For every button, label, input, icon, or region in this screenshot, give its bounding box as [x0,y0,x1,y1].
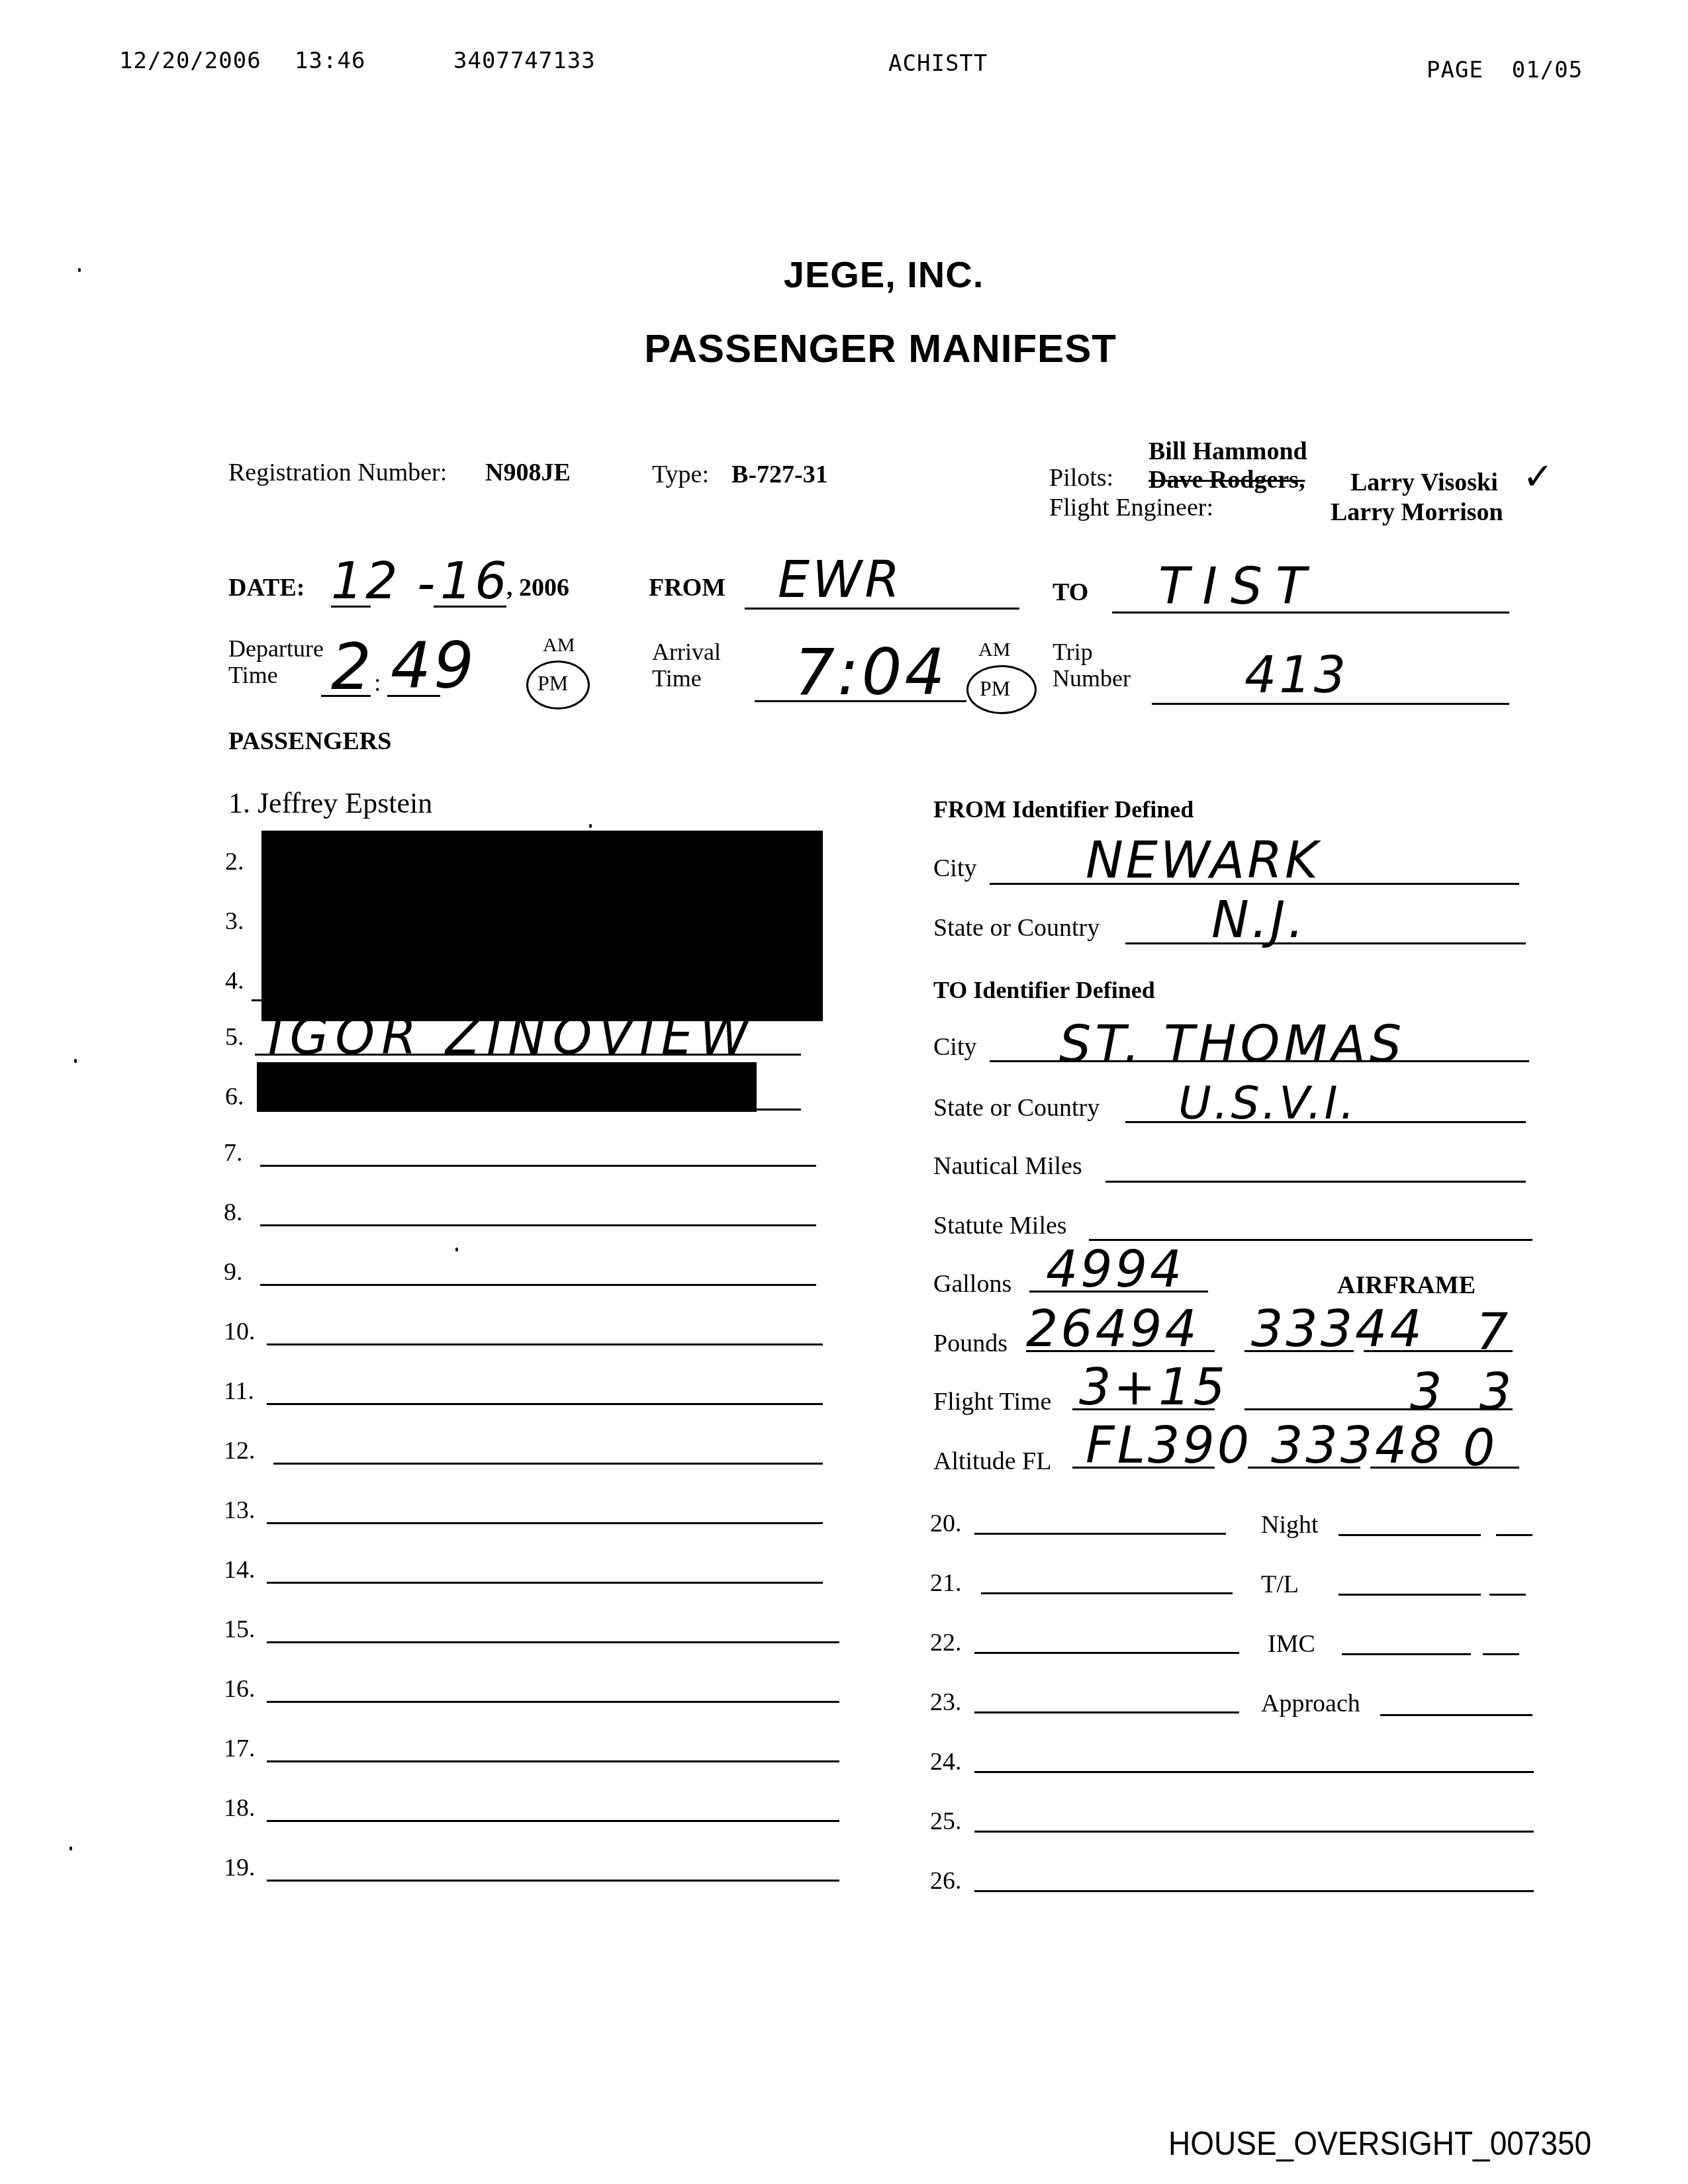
company-name: JEGE, INC. [0,253,1688,296]
passenger-line[interactable] [260,1165,816,1167]
to-city-label: City [933,1032,976,1062]
altitude-label: Altitude FL [933,1447,1051,1476]
from-state-label: State or Country [933,913,1100,942]
fax-header-sender: ACHISTT [888,50,988,77]
departure-min: 49 [391,634,477,698]
document-title: PASSENGER MANIFEST [0,326,1688,371]
airframe-start-tenth: 7 [1476,1307,1511,1357]
check-mark-icon: ✓ [1523,455,1554,498]
passenger-line[interactable] [260,1284,816,1286]
fax-header-page: PAGE 01/05 [1427,57,1583,83]
airframe-time-tenth: 3 [1479,1367,1514,1417]
passenger-line[interactable] [260,1224,816,1226]
passenger-num-25: 25. [930,1807,962,1836]
to-state-label: State or Country [933,1093,1100,1122]
airframe-end-whole: 33348 [1271,1420,1444,1471]
passenger-row-11: 11. [224,1377,820,1436]
fax-header-phone: 3407747133 [453,48,596,74]
fax-header-time: 13:46 [295,48,365,74]
passenger-line-24[interactable] [974,1771,1534,1773]
date-day-value: 16 [440,556,510,606]
passenger-line-6 [757,1109,801,1111]
passenger-num-20: 20. [930,1509,962,1538]
approach-line[interactable] [1380,1714,1532,1716]
to-label: TO [1053,578,1088,607]
trip-label: Trip Number [1053,639,1131,692]
passenger-num-21: 21. [930,1569,962,1598]
arrival-value: 7:04 [794,641,948,704]
trip-value: 413 [1244,650,1348,700]
nautical-miles-label: Nautical Miles [933,1152,1082,1181]
airframe-time-line [1244,1408,1513,1410]
flight-engineer-label: Flight Engineer: [1049,493,1213,522]
passenger-list-left: 7. 8. 9. 10. 11. 12. 13. 14. 15. 16. 17.… [224,1138,820,1913]
to-identifier-heading: TO Identifier Defined [933,976,1155,1004]
departure-label: Departure Time [228,635,324,688]
passenger-num-26: 26. [930,1866,962,1895]
passenger-line[interactable] [267,1760,839,1762]
passenger-row-7: 7. [224,1138,820,1198]
date-month-value: 12 [331,556,400,606]
passenger-num-24: 24. [930,1747,962,1776]
passenger-line[interactable] [267,1522,823,1524]
imc-line[interactable] [1342,1653,1471,1655]
pilot-struck: Dave Rodgers, [1149,465,1305,494]
passenger-row-17: 17. [224,1734,820,1794]
statute-miles-label: Statute Miles [933,1211,1067,1240]
passenger-name: Jeffrey Epstein [258,787,432,819]
trip-label-line1: Trip [1053,639,1131,665]
arrival-label-line2: Time [652,665,721,692]
passenger-num-3: 3. [225,907,244,936]
passenger-row-1: 1. Jeffrey Epstein [228,786,432,820]
nautical-miles-line[interactable] [1105,1181,1526,1183]
night-label: Night [1261,1510,1319,1539]
passenger-num-2: 2. [225,847,244,876]
passenger-num-4: 4. [225,966,244,995]
scan-speck [74,1059,77,1063]
to-value: TIST [1158,561,1320,612]
scan-speck [589,824,592,828]
arrival-am[interactable]: AM [978,639,1010,661]
pilot-added: Bill Hammond [1149,437,1307,466]
pounds-value: 26494 [1026,1304,1199,1354]
passenger-row-9: 9. [224,1257,820,1317]
scan-speck [70,1846,72,1850]
gallons-value: 4994 [1046,1244,1184,1295]
type-label: Type: [652,460,709,489]
scan-speck [78,268,81,272]
passenger-line[interactable] [267,1701,839,1703]
passenger-name-5: IGOR ZINOVIEW [268,1011,756,1062]
airframe-end-tenth: 0 [1463,1423,1497,1473]
passenger-line[interactable] [267,1820,839,1822]
flight-time-label: Flight Time [933,1387,1051,1416]
trip-label-line2: Number [1053,665,1131,692]
passenger-line[interactable] [267,1880,839,1882]
pounds-label: Pounds [933,1329,1008,1358]
passenger-line-25[interactable] [974,1831,1534,1833]
airframe-start-whole: 33344 [1251,1304,1425,1354]
departure-label-line2: Time [228,662,324,688]
tl-tenth-line[interactable] [1489,1594,1526,1596]
registration-label: Registration Number: [228,458,447,487]
gallons-label: Gallons [933,1269,1011,1298]
passenger-line-26[interactable] [974,1890,1534,1892]
departure-am[interactable]: AM [543,634,575,657]
passenger-name-4: LANCE CALLOWAY [265,956,816,1007]
passenger-row-13: 13. [224,1496,820,1555]
passenger-num-22: 22. [930,1628,962,1657]
date-separator: - [417,559,438,609]
from-state-line [1125,942,1526,944]
from-city-label: City [933,854,976,883]
passenger-num-6: 6. [225,1082,244,1111]
arrival-label-line1: Arrival [652,639,721,665]
passenger-row-14: 14. [224,1555,820,1615]
passenger-line[interactable] [267,1582,823,1584]
passenger-row-10: 10. [224,1317,820,1377]
passenger-line[interactable] [267,1403,823,1405]
passenger-num-23: 23. [930,1688,962,1717]
passenger-row-16: 16. [224,1674,820,1734]
passengers-heading: PASSENGERS [228,727,391,756]
passenger-line-20[interactable] [974,1533,1226,1535]
approach-label: Approach [1261,1689,1360,1718]
arrival-pm[interactable]: PM [980,676,1010,701]
imc-tenth-line[interactable] [1483,1653,1519,1655]
from-state-value: N.J. [1211,895,1307,945]
airframe-time-whole: 3 [1410,1367,1444,1417]
passenger-row-19: 19. [224,1853,820,1913]
night-tenth-line[interactable] [1496,1534,1532,1536]
type-value: B-727-31 [731,460,828,489]
passenger-row-12: 12. [224,1436,820,1496]
arrival-label: Arrival Time [652,639,721,692]
departure-pm[interactable]: PM [538,671,568,696]
scan-speck [455,1248,458,1251]
passenger-line-21[interactable] [981,1592,1233,1594]
departure-colon: : [374,668,381,698]
passenger-row-18: 18. [224,1794,820,1853]
passenger-line[interactable] [273,1463,823,1465]
from-identifier-heading: FROM Identifier Defined [933,796,1194,823]
passenger-line[interactable] [267,1343,823,1345]
imc-label: IMC [1268,1629,1315,1659]
redaction-block-passenger-6 [257,1062,757,1112]
passenger-line-22[interactable] [974,1652,1239,1654]
departure-hour: 2 [331,635,374,699]
passenger-row-8: 8. [224,1198,820,1257]
night-line[interactable] [1338,1534,1481,1536]
departure-label-line1: Departure [228,635,324,662]
flight-time-value: 3+15 [1079,1362,1228,1412]
fax-header-date: 12/20/2006 [119,48,261,74]
passenger-num: 1. [228,787,250,819]
altitude-value: FL390 [1086,1420,1252,1471]
date-label: DATE: [228,573,305,602]
to-city-value: ST. THOMAS [1059,1019,1405,1069]
pilots-label: Pilots: [1049,463,1113,492]
pilot-2: Larry Visoski [1350,468,1498,497]
from-value: EWR [778,555,902,605]
airframe-label: AIRFRAME [1337,1271,1476,1300]
to-state-value: U.S.V.I. [1178,1079,1357,1129]
flight-engineer-value: Larry Morrison [1331,498,1503,527]
passenger-num-5: 5. [225,1023,244,1052]
passenger-row-15: 15. [224,1615,820,1674]
tl-line[interactable] [1338,1594,1481,1596]
registration-value: N908JE [485,458,571,487]
passenger-line[interactable] [267,1641,839,1643]
from-city-value: NEWARK [1086,835,1321,886]
from-label: FROM [649,573,726,602]
passenger-line-23[interactable] [974,1711,1239,1713]
bates-number: HOUSE_OVERSIGHT_007350 [1168,2124,1591,2163]
date-year: , 2006 [506,573,569,602]
tl-label: T/L [1261,1570,1299,1599]
